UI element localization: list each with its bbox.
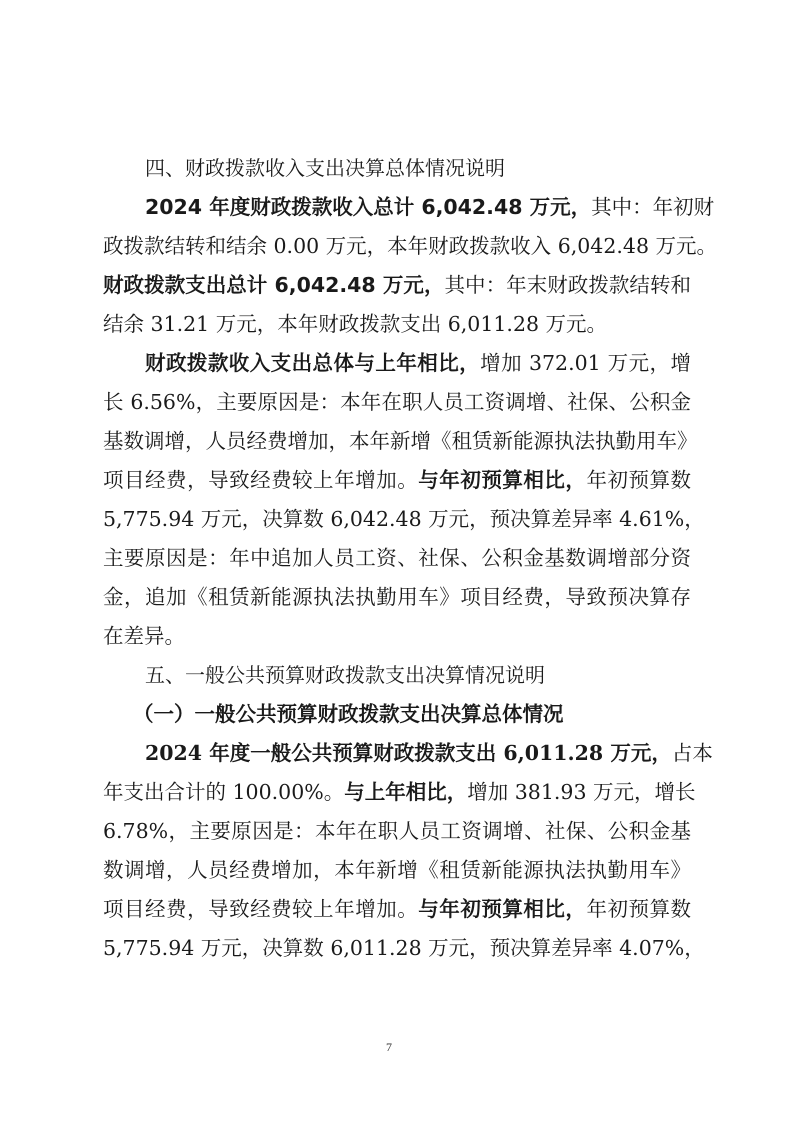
bold-text: 2024 年度财政拨款收入总计 6,042.48 万元， bbox=[145, 195, 591, 219]
text: 年支出合计的 100.00%。 bbox=[103, 780, 344, 804]
paragraph-line: 项目经费，导致经费较上年增加。与年初预算相比，年初预算数 bbox=[103, 896, 691, 922]
bold-text: 财政拨款收入支出总体与上年相比， bbox=[145, 351, 480, 375]
bold-text: 财政拨款支出总计 6,042.48 万元， bbox=[103, 273, 445, 297]
paragraph-line: 结余 31.21 万元，本年财政拨款支出 6,011.28 万元。 bbox=[103, 311, 691, 337]
paragraph-line: 5,775.94 万元，决算数 6,011.28 万元，预决算差异率 4.07%… bbox=[103, 935, 691, 961]
paragraph-line: 5,775.94 万元，决算数 6,042.48 万元，预决算差异率 4.61%… bbox=[103, 506, 691, 532]
text: 年初预算数 bbox=[586, 897, 691, 921]
page-number: 7 bbox=[386, 1040, 392, 1055]
text: 其中：年末财政拨款结转和 bbox=[445, 273, 692, 297]
bold-text: 与上年相比， bbox=[344, 780, 467, 804]
paragraph-line: 金，追加《租赁新能源执法执勤用车》项目经费，导致预决算存 bbox=[103, 584, 691, 610]
text: 占本 bbox=[672, 741, 713, 765]
text: 项目经费，导致经费较上年增加。 bbox=[103, 468, 418, 492]
section-5-heading: 五、一般公共预算财政拨款支出决算情况说明 bbox=[145, 662, 691, 688]
bold-text: 与年初预算相比， bbox=[418, 468, 586, 492]
paragraph-line: 项目经费，导致经费较上年增加。与年初预算相比，年初预算数 bbox=[103, 467, 691, 493]
paragraph-line: 在差异。 bbox=[103, 623, 691, 649]
paragraph-line: 2024 年度财政拨款收入总计 6,042.48 万元，其中：年初财 bbox=[145, 194, 691, 220]
paragraph-line: 年支出合计的 100.00%。与上年相比，增加 381.93 万元，增长 bbox=[103, 779, 691, 805]
bold-text: 与年初预算相比， bbox=[418, 897, 586, 921]
paragraph-line: 6.78%，主要原因是：本年在职人员工资调增、社保、公积金基 bbox=[103, 818, 691, 844]
paragraph-line: 2024 年度一般公共预算财政拨款支出 6,011.28 万元，占本 bbox=[145, 740, 691, 766]
text: 其中：年初财 bbox=[591, 195, 714, 219]
text: 增加 381.93 万元，增长 bbox=[467, 780, 695, 804]
section-5-subheading: （一）一般公共预算财政拨款支出决算总体情况 bbox=[133, 701, 691, 727]
paragraph-line: 财政拨款收入支出总体与上年相比，增加 372.01 万元，增 bbox=[145, 350, 691, 376]
document-page: 四、财政拨款收入支出决算总体情况说明 2024 年度财政拨款收入总计 6,042… bbox=[0, 0, 793, 1122]
paragraph-line: 数调增，人员经费增加，本年新增《租赁新能源执法执勤用车》 bbox=[103, 857, 691, 883]
text: 项目经费，导致经费较上年增加。 bbox=[103, 897, 418, 921]
text: 增加 372.01 万元，增 bbox=[480, 351, 691, 375]
paragraph-line: 主要原因是：年中追加人员工资、社保、公积金基数调增部分资 bbox=[103, 545, 691, 571]
paragraph-line: 基数调增，人员经费增加，本年新增《租赁新能源执法执勤用车》 bbox=[103, 428, 691, 454]
bold-text: 2024 年度一般公共预算财政拨款支出 6,011.28 万元， bbox=[145, 741, 672, 765]
paragraph-line: 政拨款结转和结余 0.00 万元，本年财政拨款收入 6,042.48 万元。 bbox=[103, 233, 691, 259]
paragraph-line: 财政拨款支出总计 6,042.48 万元，其中：年末财政拨款结转和 bbox=[103, 272, 691, 298]
paragraph-line: 长 6.56%，主要原因是：本年在职人员工资调增、社保、公积金 bbox=[103, 389, 691, 415]
section-4-heading: 四、财政拨款收入支出决算总体情况说明 bbox=[145, 155, 691, 181]
text: 年初预算数 bbox=[586, 468, 691, 492]
